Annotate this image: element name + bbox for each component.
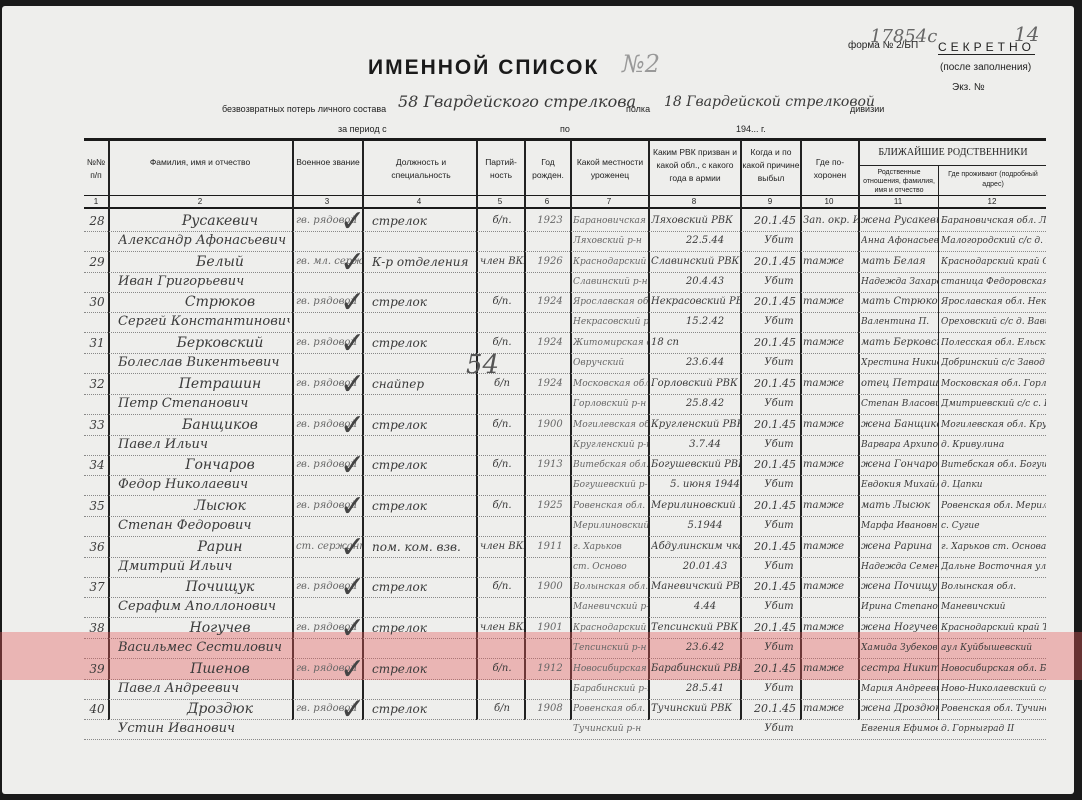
relative-name: сестра Никитенко xyxy=(861,660,938,678)
burial-place: тамже xyxy=(803,375,858,393)
burial-place: тамже xyxy=(803,700,858,718)
row-number: 38 xyxy=(86,619,108,637)
surname: Белый xyxy=(150,253,290,271)
relative-patronymic: Надежда Захаровна xyxy=(861,273,938,291)
given-names: Устин Иванович xyxy=(118,720,290,738)
relative-name: отец Петрашин xyxy=(861,375,938,393)
col-header-8: Каким РВК призван и какой обл., с какого… xyxy=(650,146,740,185)
birth-year: 1901 xyxy=(530,619,570,637)
col-header-9: Когда и по какой причине выбыл xyxy=(742,146,800,185)
checkmark-icon: ✓ xyxy=(340,245,365,280)
col-number: 1 xyxy=(84,197,108,206)
col-number: 11 xyxy=(858,197,938,206)
departure-reason: Убит xyxy=(758,232,800,250)
surname: Ногучев xyxy=(150,619,290,637)
burial-place: тамже xyxy=(803,660,858,678)
checkmark-icon: ✓ xyxy=(340,692,365,727)
position: стрелок xyxy=(372,660,476,678)
burial-place: тамже xyxy=(803,416,858,434)
rvk: Маневичский РВК xyxy=(651,578,740,596)
relative-name: мать Стрюкова xyxy=(861,293,938,311)
checkmark-icon: ✓ xyxy=(340,530,365,565)
address-line2: Ново-Николаевский с/с xyxy=(941,680,1046,698)
given-names: Болеслав Викентьевич xyxy=(118,354,290,372)
conscription-date: 5. июня 1944 xyxy=(670,476,740,494)
row-number: 32 xyxy=(86,375,108,393)
origin-district: ст. Осново xyxy=(573,558,648,576)
address-line2: д. Цапки xyxy=(941,476,1046,494)
address-line1: Ровенская обл. Мерилиновский район xyxy=(941,497,1046,515)
party: б/п. xyxy=(480,497,524,515)
departure-date: 20.1.45 xyxy=(750,253,800,271)
rvk: Абдулинским чкаловской обл. xyxy=(651,538,740,556)
surname: Русакевич xyxy=(150,212,290,230)
row-number: 34 xyxy=(86,456,108,474)
burial-place: тамже xyxy=(803,334,858,352)
rvk: Тучинский РВК xyxy=(651,700,740,718)
rvk: Богушевский РВК xyxy=(651,456,740,474)
origin-region: Новосибирская обл. xyxy=(573,660,648,678)
departure-date: 20.1.45 xyxy=(750,456,800,474)
rvk: Славинский РВК xyxy=(651,253,740,271)
departure-reason: Убит xyxy=(758,720,800,738)
rvk: Мерилиновский РВК xyxy=(651,497,740,515)
birth-year: 1924 xyxy=(530,375,570,393)
departure-date: 20.1.45 xyxy=(750,538,800,556)
table-top-rule xyxy=(84,138,1046,141)
conscription-date: 20.01.43 xyxy=(670,558,740,576)
birth-year: 1923 xyxy=(530,212,570,230)
burial-place: тамже xyxy=(803,578,858,596)
origin-region: Ярославская обл. xyxy=(573,293,648,311)
col-number: 4 xyxy=(362,197,476,206)
origin-district: Тучинский р-н xyxy=(573,720,648,738)
surname: Берковский xyxy=(150,334,290,352)
rvk: Некрасовский РВК xyxy=(651,293,740,311)
address-line2: Малогородский с/с д. Щербово xyxy=(941,232,1046,250)
checkmark-icon: ✓ xyxy=(340,285,365,320)
conscription-date: 22.5.44 xyxy=(670,232,740,250)
party: б/п. xyxy=(480,660,524,678)
relative-name: мать Белая xyxy=(861,253,938,271)
burial-place: тамже xyxy=(803,293,858,311)
given-names: Серафим Аполлонович xyxy=(118,598,290,616)
surname: Дроздюк xyxy=(150,700,290,718)
row-number: 39 xyxy=(86,660,108,678)
position: стрелок xyxy=(372,497,476,515)
relative-patronymic: Надежда Семеновна xyxy=(861,558,938,576)
origin-region: Барановичская обл. xyxy=(573,212,648,230)
division-label: дивизии xyxy=(850,104,884,114)
burial-place: тамже xyxy=(803,497,858,515)
relative-name: жена Гончарова xyxy=(861,456,938,474)
secret-note: (после заполнения) xyxy=(940,62,1031,73)
party: б/п. xyxy=(480,293,524,311)
rvk: Ляховский РВК xyxy=(651,212,740,230)
departure-date: 20.1.45 xyxy=(750,212,800,230)
burial-place: тамже xyxy=(803,619,858,637)
burial-place: тамже xyxy=(803,456,858,474)
surname: Петрашин xyxy=(150,375,290,393)
birth-year: 1924 xyxy=(530,334,570,352)
row-number: 37 xyxy=(86,578,108,596)
address-line1: г. Харьков ст. Основа xyxy=(941,538,1046,556)
position: стрелок xyxy=(372,578,476,596)
address-line2: станица Федоровская xyxy=(941,273,1046,291)
relatives-group-header: БЛИЖАЙШИЕ РОДСТВЕННИКИ xyxy=(860,146,1046,159)
given-names: Павел Ильич xyxy=(118,436,290,454)
header-bottom-rule xyxy=(84,195,1046,196)
address-line2: Добринский с/с Завод xyxy=(941,354,1046,372)
departure-date: 20.1.45 xyxy=(750,293,800,311)
relative-name: жена Почищук xyxy=(861,578,938,596)
col-number: 10 xyxy=(800,197,858,206)
origin-district: Богушевский р-н xyxy=(573,476,648,494)
departure-reason: Убит xyxy=(758,639,800,657)
conscription-date: 5.1944 xyxy=(670,517,740,535)
conscription-date: 23.6.42 xyxy=(670,639,740,657)
regiment-label: полка xyxy=(626,104,650,114)
party: член ВКП(б) xyxy=(480,538,524,556)
given-names: Дмитрий Ильич xyxy=(118,558,290,576)
rvk: Кругленский РВК xyxy=(651,416,740,434)
col-header-3: Военное звание xyxy=(294,156,362,169)
relative-patronymic: Анна Афонасьевна xyxy=(861,232,938,250)
checkmark-icon: ✓ xyxy=(340,489,365,524)
relative-patronymic: Евдокия Михайловна xyxy=(861,476,938,494)
row-number: 35 xyxy=(86,497,108,515)
rvk: Барабинский РВК xyxy=(651,660,740,678)
conscription-date: 28.5.41 xyxy=(670,680,740,698)
copy-label: Экз. № xyxy=(952,82,985,93)
row-rule xyxy=(84,739,1046,740)
checkmark-icon: ✓ xyxy=(340,367,365,402)
departure-reason: Убит xyxy=(758,395,800,413)
origin-region: Витебская обл. xyxy=(573,456,648,474)
party: б/п. xyxy=(480,212,524,230)
relative-patronymic: Степан Власович xyxy=(861,395,938,413)
address-line1: Барановичская обл. Ляховский район xyxy=(941,212,1046,230)
given-names: Сергей Константинович xyxy=(118,313,290,331)
relatives-subrule xyxy=(858,165,1046,166)
origin-district: Кругленский р-н xyxy=(573,436,648,454)
losses-label: безвозвратных потерь личного состава xyxy=(222,104,386,114)
relative-name: жена Русакевич xyxy=(861,212,938,230)
address-line1: Витебская обл. Богушевский район xyxy=(941,456,1046,474)
departure-reason: Убит xyxy=(758,680,800,698)
position: пом. ком. взв. xyxy=(372,538,476,556)
rvk: Тепсинский РВК xyxy=(651,619,740,637)
col-header-6: Год рожден. xyxy=(526,156,570,182)
origin-district: Тепсинский р-н xyxy=(573,639,648,657)
relative-patronymic: Хамида Зубековна xyxy=(861,639,938,657)
conscription-date: 4.44 xyxy=(670,598,740,616)
col-header-4: Должность и специальность xyxy=(376,156,466,182)
address-line1: Краснодарский край Тепсинский район xyxy=(941,619,1046,637)
period-year: 194... г. xyxy=(736,124,766,134)
origin-district: Славинский р-н xyxy=(573,273,648,291)
checkmark-icon: ✓ xyxy=(340,326,365,361)
origin-region: Краснодарский кр. xyxy=(573,619,648,637)
position: стрелок xyxy=(372,212,476,230)
conscription-date: 15.2.42 xyxy=(670,313,740,331)
col-number: 6 xyxy=(524,197,570,206)
party: б/п. xyxy=(480,456,524,474)
col-number: 12 xyxy=(938,197,1046,206)
conscription-date: 20.4.43 xyxy=(670,273,740,291)
origin-region: Могилевская обл. xyxy=(573,416,648,434)
period-label: за период с xyxy=(338,124,387,134)
given-names: Васильмес Сестилович xyxy=(118,639,290,657)
position: стрелок xyxy=(372,334,476,352)
surname: Почищук xyxy=(150,578,290,596)
address-line1: Московская обл. Горловский р-н xyxy=(941,375,1046,393)
relative-patronymic: Ирина Степановна xyxy=(861,598,938,616)
departure-reason: Убит xyxy=(758,273,800,291)
col-header-2: Фамилия, имя и отчество xyxy=(140,156,260,169)
conscription-date: 25.8.42 xyxy=(670,395,740,413)
checkmark-icon: ✓ xyxy=(340,652,365,687)
departure-date: 20.1.45 xyxy=(750,578,800,596)
col-header-7: Какой местности уроженец xyxy=(572,156,648,182)
checkmark-icon: ✓ xyxy=(340,611,365,646)
relative-name: жена Рарина xyxy=(861,538,938,556)
origin-district: Маневичский р-н xyxy=(573,598,648,616)
address-line1: Ярославская обл. Некрасовский xyxy=(941,293,1046,311)
form-annotation: 17854с xyxy=(870,26,937,47)
origin-region: Ровенская обл. xyxy=(573,497,648,515)
origin-district: Горловский р-н xyxy=(573,395,648,413)
margin-annotation: 54 xyxy=(466,350,499,380)
relative-patronymic: Валентина П. xyxy=(861,313,938,331)
surname: Стрюков xyxy=(150,293,290,311)
origin-district: Некрасовский р-н xyxy=(573,313,648,331)
col-header-5: Партий-ность xyxy=(478,156,524,182)
address-line2: Ореховский с/с д. Вавилов xyxy=(941,313,1046,331)
col-header-12: Где проживают (подробный адрес) xyxy=(940,170,1046,190)
origin-district: Ляховский р-н xyxy=(573,232,648,250)
regiment-value: 58 Гвардейского стрелкова xyxy=(398,92,636,111)
row-number: 29 xyxy=(86,253,108,271)
surname: Лысюк xyxy=(150,497,290,515)
checkmark-icon: ✓ xyxy=(340,448,365,483)
origin-region: Краснодарский кр. xyxy=(573,253,648,271)
given-names: Федор Николаевич xyxy=(118,476,290,494)
address-line1: Краснодарский край Славянский район xyxy=(941,253,1046,271)
position: стрелок xyxy=(372,456,476,474)
address-line1: Новосибирская обл. Барабинский р-н xyxy=(941,660,1046,678)
origin-region: г. Харьков xyxy=(573,538,648,556)
surname: Банщиков xyxy=(150,416,290,434)
col-header-10: Где по-хоронен xyxy=(802,156,858,182)
departure-reason: Убит xyxy=(758,436,800,454)
address-line2: Дальне Восточная улица дом №6 xyxy=(941,558,1046,576)
given-names: Петр Степанович xyxy=(118,395,290,413)
relative-patronymic: Мария Андреевна xyxy=(861,680,938,698)
position: стрелок xyxy=(372,700,476,718)
title-annotation: №2 xyxy=(622,50,660,78)
departure-date: 20.1.45 xyxy=(750,619,800,637)
row-number: 30 xyxy=(86,293,108,311)
row-number: 40 xyxy=(86,700,108,718)
relative-name: жена Банщикова xyxy=(861,416,938,434)
departure-reason: Убит xyxy=(758,558,800,576)
division-value: 18 Гвардейской стрелковой xyxy=(664,94,875,110)
relative-name: жена Дроздюк xyxy=(861,700,938,718)
col-number: 8 xyxy=(648,197,740,206)
row-number: 31 xyxy=(86,334,108,352)
address-line2: д. Горныград II xyxy=(941,720,1046,738)
surname: Рарин xyxy=(150,538,290,556)
party: б/п. xyxy=(480,416,524,434)
rvk: 18 сп xyxy=(651,334,740,352)
page-number: 14 xyxy=(1014,22,1039,46)
position: стрелок xyxy=(372,619,476,637)
birth-year: 1900 xyxy=(530,416,570,434)
departure-reason: Убит xyxy=(758,313,800,331)
address-line1: Полесская обл. Ельский район xyxy=(941,334,1046,352)
departure-date: 20.1.45 xyxy=(750,334,800,352)
relative-patronymic: Марфа Ивановна xyxy=(861,517,938,535)
burial-place: тамже xyxy=(803,538,858,556)
position: К-р отделения xyxy=(372,253,476,271)
col-header-11: Родственные отношения, фамилия, имя и от… xyxy=(860,168,938,195)
relative-name: жена Ногучева xyxy=(861,619,938,637)
birth-year: 1900 xyxy=(530,578,570,596)
position: стрелок xyxy=(372,293,476,311)
position: стрелок xyxy=(372,416,476,434)
address-line2: Маневичский xyxy=(941,598,1046,616)
row-number: 36 xyxy=(86,538,108,556)
address-line1: Волынская обл. xyxy=(941,578,1046,596)
period-to: по xyxy=(560,124,570,134)
burial-place: тамже xyxy=(803,253,858,271)
given-names: Степан Федорович xyxy=(118,517,290,535)
checkmark-icon: ✓ xyxy=(340,204,365,239)
departure-date: 20.1.45 xyxy=(750,660,800,678)
origin-region: Ровенская обл. xyxy=(573,700,648,718)
col-header-1: №№ п/п xyxy=(84,156,108,182)
birth-year: 1924 xyxy=(530,293,570,311)
position: снайпер xyxy=(372,375,476,393)
departure-reason: Убит xyxy=(758,354,800,372)
conscription-date: 23.6.44 xyxy=(670,354,740,372)
address-line1: Могилевская обл. Кругленский район xyxy=(941,416,1046,434)
departure-reason: Убит xyxy=(758,598,800,616)
birth-year: 1911 xyxy=(530,538,570,556)
given-names: Александр Афонасьевич xyxy=(118,232,290,250)
birth-year: 1925 xyxy=(530,497,570,515)
col-number: 5 xyxy=(476,197,524,206)
departure-date: 20.1.45 xyxy=(750,700,800,718)
relative-patronymic: Хрестина Никифоровна xyxy=(861,354,938,372)
address-line1: Ровенская обл. Тучинский район xyxy=(941,700,1046,718)
birth-year: 1913 xyxy=(530,456,570,474)
checkmark-icon: ✓ xyxy=(340,570,365,605)
origin-district: Овручский xyxy=(573,354,648,372)
party: член ВКП(б) xyxy=(480,253,524,271)
birth-year: 1908 xyxy=(530,700,570,718)
numbers-bottom-rule xyxy=(84,207,1046,209)
address-line2: Дмитриевский с/с с. Большеук xyxy=(941,395,1046,413)
document-title: ИМЕННОЙ СПИСОК xyxy=(368,56,599,80)
given-names: Иван Григорьевич xyxy=(118,273,290,291)
departure-date: 20.1.45 xyxy=(750,375,800,393)
origin-district: Барабинский р-н xyxy=(573,680,648,698)
address-line2: с. Сугие xyxy=(941,517,1046,535)
col-number: 9 xyxy=(740,197,800,206)
departure-reason: Убит xyxy=(758,517,800,535)
birth-year: 1926 xyxy=(530,253,570,271)
relative-name: мать Лысюк xyxy=(861,497,938,515)
party: член ВКП(б) xyxy=(480,619,524,637)
departure-reason: Убит xyxy=(758,476,800,494)
checkmark-icon: ✓ xyxy=(340,408,365,443)
departure-date: 20.1.45 xyxy=(750,416,800,434)
origin-region: Московская обл. xyxy=(573,375,648,393)
relative-name: мать Берковская xyxy=(861,334,938,352)
col-number: 2 xyxy=(108,197,292,206)
surname: Гончаров xyxy=(150,456,290,474)
row-number: 28 xyxy=(86,212,108,230)
relative-patronymic: Варвара Архиповна xyxy=(861,436,938,454)
rvk: Горловский РВК xyxy=(651,375,740,393)
conscription-date: 3.7.44 xyxy=(670,436,740,454)
given-names: Павел Андреевич xyxy=(118,680,290,698)
origin-region: Житомирская обл. xyxy=(573,334,648,352)
party: б/п. xyxy=(480,578,524,596)
burial-place: Зап. окр. Инстербург Восточная Пруссия xyxy=(803,212,858,230)
party: б/п xyxy=(480,700,524,718)
origin-region: Волынская обл. xyxy=(573,578,648,596)
address-line2: д. Кривулина xyxy=(941,436,1046,454)
origin-district: Мерилиновский р-н xyxy=(573,517,648,535)
surname: Пшенов xyxy=(150,660,290,678)
col-number: 7 xyxy=(570,197,648,206)
departure-date: 20.1.45 xyxy=(750,497,800,515)
relative-patronymic: Евгения Ефимовна xyxy=(861,720,938,738)
address-line2: аул Куйбышевский xyxy=(941,639,1046,657)
birth-year: 1912 xyxy=(530,660,570,678)
row-number: 33 xyxy=(86,416,108,434)
